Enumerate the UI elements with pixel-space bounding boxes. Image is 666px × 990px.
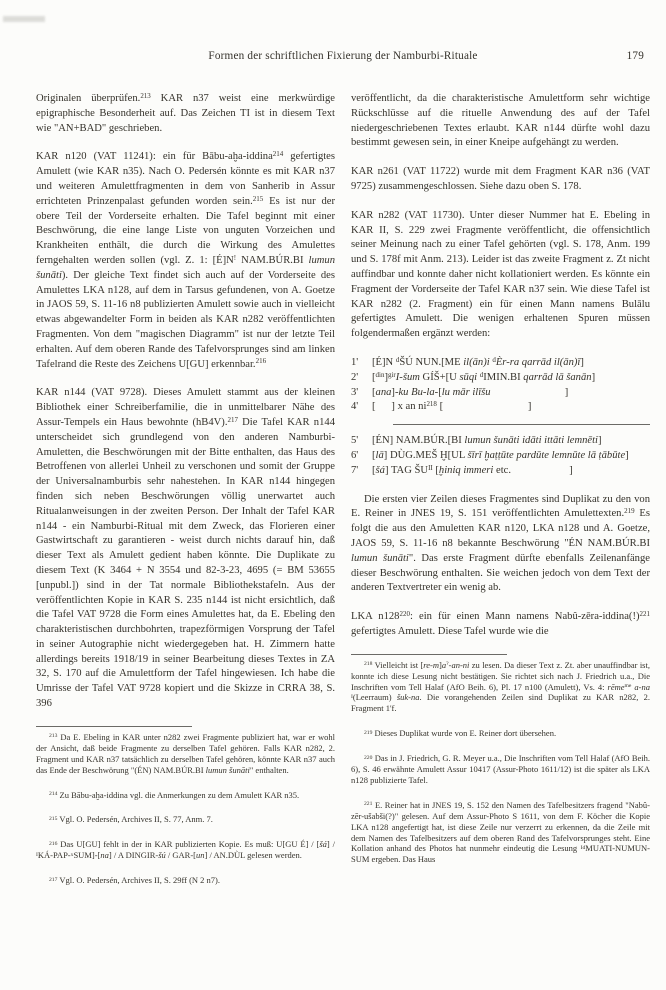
footnote: 219 Dieses Duplikat wurde von E. Reiner …: [351, 728, 650, 739]
line-label: 7': [351, 464, 372, 479]
book-page: Formen der schriftlichen Fixierung der N…: [0, 0, 666, 990]
paragraph: veröffentlicht, da die charakteristische…: [351, 92, 650, 151]
paragraph: KAR n120 (VAT 11241): ein für Bābu-aḫa-i…: [36, 150, 335, 372]
running-head: Formen der schriftlichen Fixierung der N…: [36, 50, 650, 62]
line-text: [ana]-ku Bu-la-[lu mār ilīšu ]: [372, 386, 650, 401]
running-title: Formen der schriftlichen Fixierung der N…: [208, 50, 477, 62]
transliteration-line: 6' [lā] DÙG.MEŠ Ḫ[UL šīrī ḫaṭṭūte pardūt…: [351, 449, 650, 464]
right-column: veröffentlicht, da die charakteristische…: [351, 92, 650, 886]
line-text: [É]N dŠÚ NUN.[ME il(ān)i dÈr-ra qarrād i…: [372, 356, 650, 371]
footnote: 214 Zu Bābu-aḫa-iddina vgl. die Anmerkun…: [36, 790, 335, 801]
line-label: 4': [351, 400, 372, 415]
footnote: 213 Da E. Ebeling in KAR unter n282 zwei…: [36, 732, 335, 776]
transliteration-line: 2' [din]girI-šum GÍŠ+[U sūqi dIMIN.BI qa…: [351, 371, 650, 386]
text-columns: Originalen überprüfen.213 KAR n37 weist …: [36, 92, 650, 886]
footnote: 215 Vgl. O. Pedersén, Archives II, S. 77…: [36, 814, 335, 825]
transliteration-block: 1' [É]N dŠÚ NUN.[ME il(ān)i dÈr-ra qarrā…: [351, 356, 650, 479]
scan-artifact: [3, 16, 45, 22]
transliteration-line: 1' [É]N dŠÚ NUN.[ME il(ān)i dÈr-ra qarrā…: [351, 356, 650, 371]
line-text: [ ] x an ni218 [ ]: [372, 400, 650, 415]
footnote-block: 213 Da E. Ebeling in KAR unter n282 zwei…: [36, 726, 335, 886]
footnote: 218 Vielleicht ist [re-m]a?-an-ni zu les…: [351, 660, 650, 715]
footnote-block: 218 Vielleicht ist [re-m]a?-an-ni zu les…: [351, 654, 650, 866]
footnote-separator: [351, 654, 507, 655]
paragraph: KAR n282 (VAT 11730). Unter dieser Numme…: [351, 209, 650, 342]
footnote-separator: [36, 726, 192, 727]
paragraph: KAR n144 (VAT 9728). Dieses Amulett stam…: [36, 386, 335, 712]
transliteration-line: 5' [ÉN] NAM.BÚR.[BI lumun šunāti idāti i…: [351, 434, 650, 449]
paragraph: Originalen überprüfen.213 KAR n37 weist …: [36, 92, 335, 136]
transliteration-line: 4' [ ] x an ni218 [ ]: [351, 400, 650, 415]
line-label: 6': [351, 449, 372, 464]
footnote: 217 Vgl. O. Pedersén, Archives II, S. 29…: [36, 875, 335, 886]
paragraph: LKA n128220: ein für einen Mann namens N…: [351, 610, 650, 640]
line-label: 2': [351, 371, 372, 386]
paragraph: KAR n261 (VAT 11722) wurde mit dem Fragm…: [351, 165, 650, 195]
line-label: 1': [351, 356, 372, 371]
line-text: [lā] DÙG.MEŠ Ḫ[UL šīrī ḫaṭṭūte pardūte l…: [372, 449, 650, 464]
line-text: [šá] TAG ŠUII [ḫiniq immeri etc. ]: [372, 464, 650, 479]
line-label: 3': [351, 386, 372, 401]
page-number: 179: [627, 50, 644, 62]
left-column: Originalen überprüfen.213 KAR n37 weist …: [36, 92, 335, 886]
footnote: 221 E. Reiner hat in JNES 19, S. 152 den…: [351, 800, 650, 865]
footnote: 216 Das U[GU] fehlt in der in KAR publiz…: [36, 839, 335, 861]
transliteration-line: 3' [ana]-ku Bu-la-[lu mār ilīšu ]: [351, 386, 650, 401]
line-text: [din]girI-šum GÍŠ+[U sūqi dIMIN.BI qarrā…: [372, 371, 650, 386]
paragraph: Die ersten vier Zeilen dieses Fragmentes…: [351, 493, 650, 597]
line-label: 5': [351, 434, 372, 449]
transliteration-divider: [393, 424, 650, 425]
footnote: 220 Das in J. Friedrich, G. R. Meyer u.a…: [351, 753, 650, 786]
transliteration-line: 7' [šá] TAG ŠUII [ḫiniq immeri etc. ]: [351, 464, 650, 479]
line-text: [ÉN] NAM.BÚR.[BI lumun šunāti idāti ittā…: [372, 434, 650, 449]
